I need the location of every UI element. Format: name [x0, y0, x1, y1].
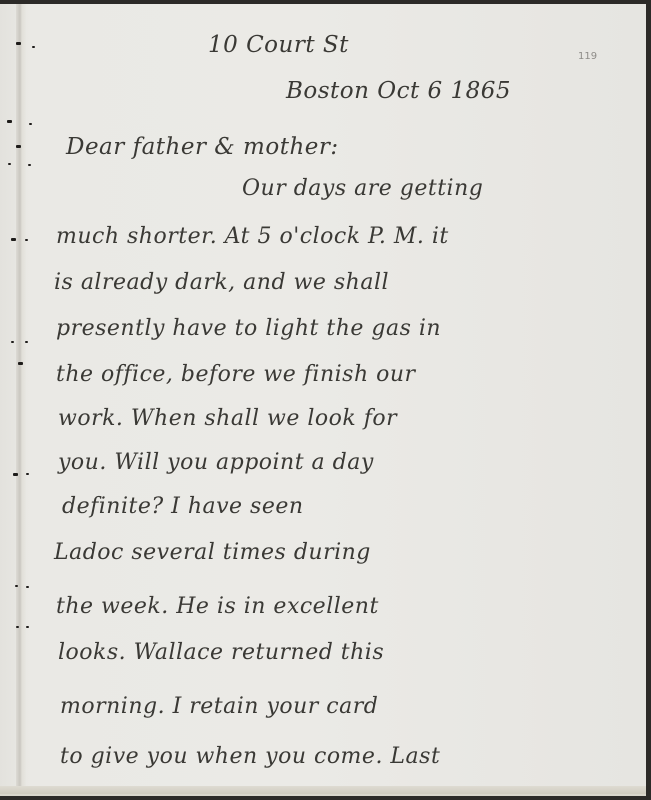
letter-line: Our days are getting [242, 176, 483, 201]
binding-hole [25, 341, 28, 343]
page-edge [0, 786, 646, 794]
binding-hole [28, 164, 31, 166]
binding-hole [26, 626, 29, 628]
letter-line: morning. I retain your card [60, 694, 378, 719]
binding-hole [26, 473, 29, 475]
letter-line: definite? I have seen [62, 494, 304, 519]
letter-place-date: Boston Oct 6 1865 [286, 78, 511, 104]
binding-hole [26, 586, 29, 588]
letter-page: 119 10 Court St Boston Oct 6 1865 Dear f… [0, 4, 646, 796]
letter-line: the week. He is in excellent [56, 594, 379, 619]
letter-line: you. Will you appoint a day [58, 450, 374, 475]
letter-line: is already dark, and we shall [54, 270, 389, 295]
binding-hole [16, 145, 21, 148]
binding-hole [32, 46, 35, 48]
binding-gutter [16, 4, 26, 794]
binding-hole [11, 238, 16, 241]
letter-line: looks. Wallace returned this [58, 640, 384, 665]
binding-hole [7, 120, 12, 123]
letter-address: 10 Court St [208, 32, 349, 58]
letter-line: work. When shall we look for [58, 406, 397, 431]
binding-hole [8, 163, 11, 165]
letter-salutation: Dear father & mother: [66, 134, 339, 160]
binding-hole [13, 473, 18, 476]
binding-hole [15, 585, 18, 587]
binding-hole [25, 239, 28, 241]
letter-line: presently have to light the gas in [56, 316, 441, 341]
binding-hole [16, 42, 21, 45]
letter-line: to give you when you come. Last [60, 744, 440, 769]
binding-hole [16, 626, 19, 628]
binding-hole [11, 341, 14, 343]
folio-number: 119 [578, 51, 597, 62]
letter-line: much shorter. At 5 o'clock P. M. it [56, 224, 449, 249]
binding-hole [29, 123, 32, 125]
binding-hole [18, 362, 23, 365]
letter-line: the office, before we finish our [56, 362, 416, 387]
letter-line: Ladoc several times during [54, 540, 371, 565]
